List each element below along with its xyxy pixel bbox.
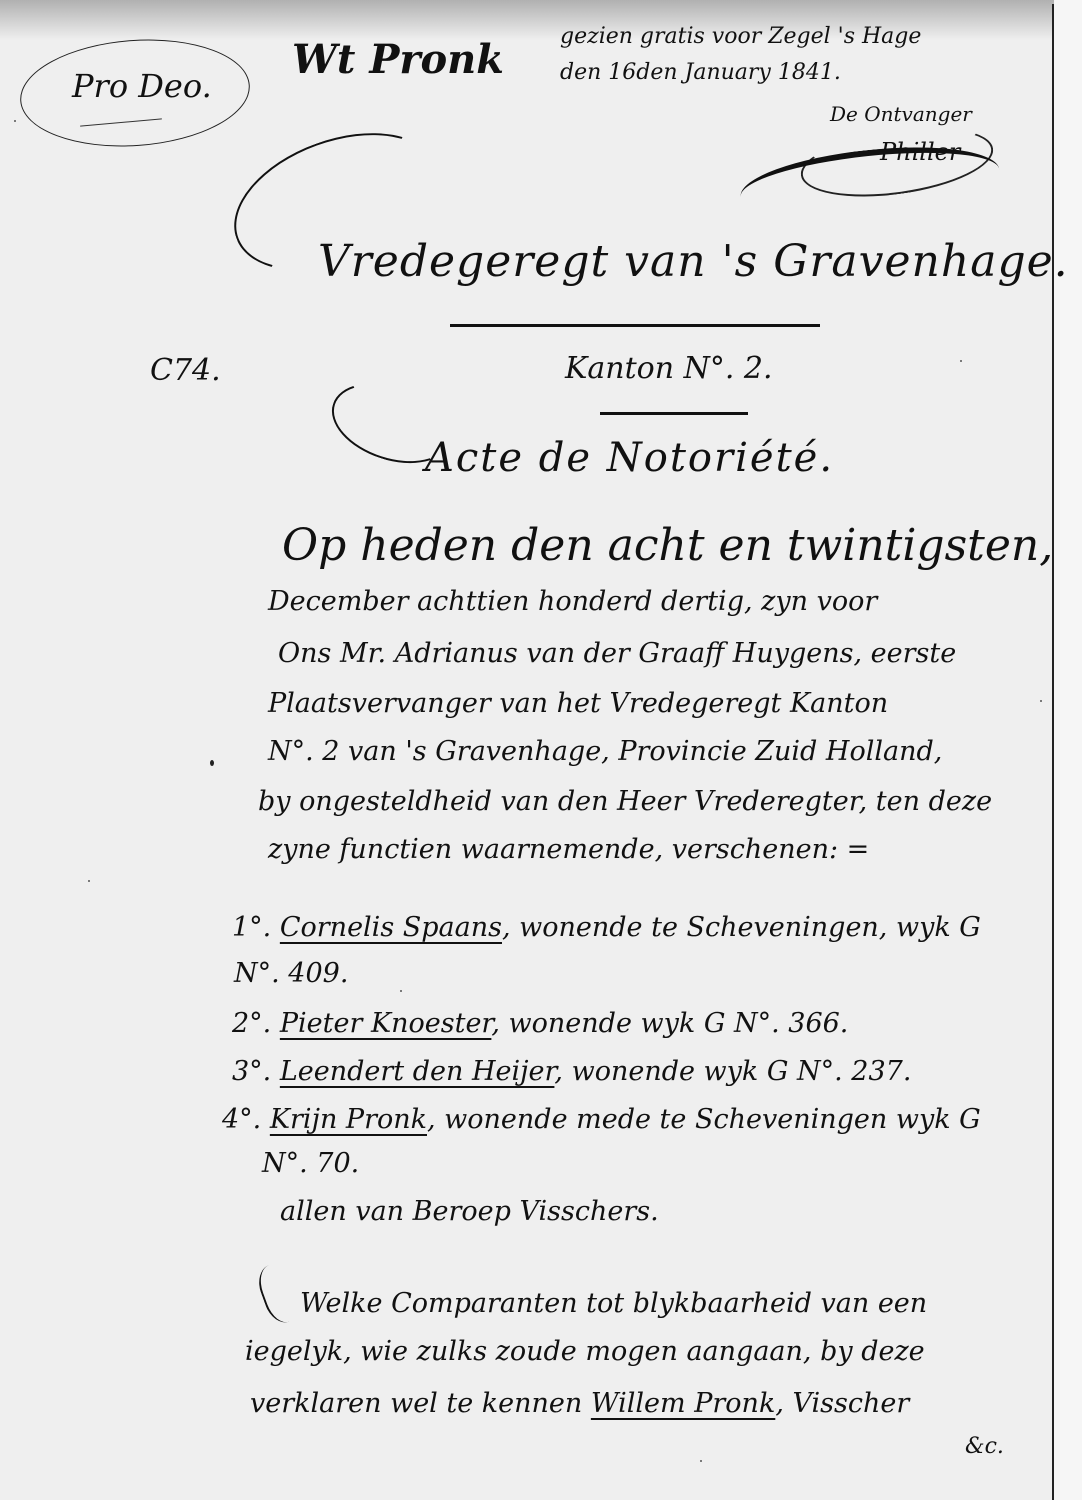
visa-line-3: De Ontvanger [830,104,972,124]
page-edge [1052,4,1054,1500]
comparant-name: Leendert den Heijer [280,1056,555,1087]
comparant-address: , wonende wyk G N°. 366. [491,1008,848,1039]
title-rule [450,324,820,327]
closing-line: Welke Comparanten tot blykbaarheid van e… [300,1290,927,1317]
comparant-address: , wonende wyk G N°. 237. [554,1056,911,1087]
title-flourish-stroke [737,137,1002,230]
act-title: Acte de Notoriété. [425,438,834,478]
comparant-continuation: N°. 409. [234,960,348,987]
comparant-entry: 3°. Leendert den Heijer, wonende wyk G N… [232,1058,911,1085]
comparant-entry: 4°. Krijn Pronk, wonende mede te Scheven… [222,1106,981,1133]
comparant-number: 1°. [232,912,271,943]
comparant-entry: 1°. Cornelis Spaans, wonende te Scheveni… [232,914,981,941]
comparant-address: , wonende mede te Scheveningen wyk G [427,1104,981,1135]
comparant-number: 2°. [232,1008,271,1039]
preamble-line: by ongesteldheid van den Heer Vrederegte… [258,788,992,815]
closing-line: iegelyk, wie zulks zoude mogen aangaan, … [245,1338,925,1365]
comparant-name: Cornelis Spaans [280,912,502,943]
page-margin [1054,0,1082,1500]
closing-line: verklaren wel te kennen Willem Pronk, Vi… [250,1390,909,1417]
comparant-address: , wonende te Scheveningen, wyk G [502,912,981,943]
occupation-line: allen van Beroep Visschers. [280,1198,659,1225]
preamble-line: Ons Mr. Adrianus van der Graaff Huygens,… [278,640,956,667]
opening-line: Op heden den acht en twintigsten, [282,524,1053,568]
comparant-continuation: N°. 70. [262,1150,359,1177]
subject-name: Willem Pronk [591,1388,775,1419]
act-title-rule [600,412,748,415]
comparant-number: 3°. [232,1056,271,1087]
pro-deo-stamp-text: Pro Deo. [72,70,212,102]
closing-text: verklaren wel te kennen [250,1388,591,1419]
scanned-document-page: Pro Deo. Wt Pronk gezien gratis voor Zeg… [0,0,1082,1500]
preamble-line: zyne functien waarnemende, verschenen: = [268,836,869,863]
continuation-mark: &c. [965,1436,1004,1458]
subject-occupation: , Visscher [775,1388,909,1419]
preamble-line: Plaatsvervanger van het Vredegeregt Kant… [268,690,888,717]
header-name: Wt Pronk [292,40,504,80]
comparant-number: 4°. [222,1104,261,1135]
document-title: Vredegeregt van 's Gravenhage. [318,240,1069,284]
preamble-line: December achttien honderd dertig, zyn vo… [268,588,877,615]
visa-line-2: den 16den January 1841. [560,62,841,84]
document-subtitle: Kanton N°. 2. [565,354,773,384]
comparant-name: Pieter Knoester [280,1008,492,1039]
visa-line-1: gezien gratis voor Zegel 's Hage [560,26,921,48]
preamble-line: N°. 2 van 's Gravenhage, Provincie Zuid … [268,738,942,765]
comparant-entry: 2°. Pieter Knoester, wonende wyk G N°. 3… [232,1010,848,1037]
margin-note: C74. [150,356,221,386]
comparant-name: Krijn Pronk [270,1104,427,1135]
